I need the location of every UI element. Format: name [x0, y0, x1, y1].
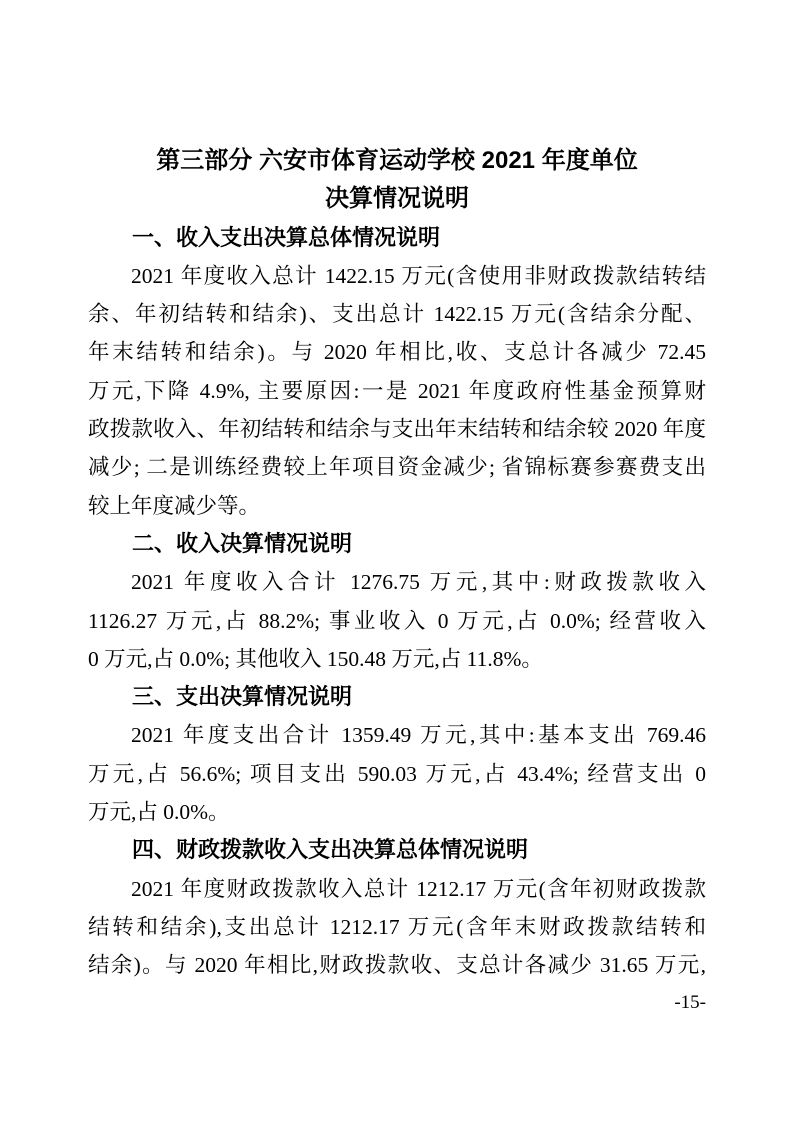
- section-4-line-1: 2021 年度财政拨款收入总计 1212.17 万元(含年初财政拨款: [88, 870, 706, 908]
- section-4-heading: 四、财政拨款收入支出决算总体情况说明: [88, 831, 706, 869]
- section-4-line-3: 结余)。与 2020 年相比,财政拨款收、支总计各减少 31.65 万元,: [88, 946, 706, 984]
- title-line-1: 第三部分 六安市体育运动学校 2021 年度单位: [88, 142, 706, 180]
- section-fiscal-appropriation-overview: 四、财政拨款收入支出决算总体情况说明 2021 年度财政拨款收入总计 1212.…: [88, 831, 706, 984]
- document-title: 第三部分 六安市体育运动学校 2021 年度单位 决算情况说明: [88, 142, 706, 219]
- section-1-line-1: 2021 年度收入总计 1422.15 万元(含使用非财政拨款结转结: [88, 257, 706, 295]
- section-3-heading: 三、支出决算情况说明: [88, 678, 706, 716]
- section-1-line-3: 年末结转和结余)。与 2020 年相比,收、支总计各减少 72.45: [88, 333, 706, 371]
- section-2-line-1: 2021 年度收入合计 1276.75 万元,其中:财政拨款收入: [88, 563, 706, 601]
- section-2-line-3: 0 万元,占 0.0%; 其他收入 150.48 万元,占 11.8%。: [88, 640, 706, 678]
- document-content: 第三部分 六安市体育运动学校 2021 年度单位 决算情况说明 一、收入支出决算…: [88, 142, 706, 985]
- section-expense-details: 三、支出决算情况说明 2021 年度支出合计 1359.49 万元,其中:基本支…: [88, 678, 706, 831]
- section-income-details: 二、收入决算情况说明 2021 年度收入合计 1276.75 万元,其中:财政拨…: [88, 525, 706, 678]
- page-number: -15-: [88, 992, 706, 1014]
- section-3-line-2: 万元,占 56.6%; 项目支出 590.03 万元,占 43.4%; 经营支出…: [88, 755, 706, 793]
- section-1-line-7: 较上年度减少等。: [88, 487, 706, 525]
- section-4-line-2: 结转和结余),支出总计 1212.17 万元(含年末财政拨款结转和: [88, 908, 706, 946]
- section-1-heading: 一、收入支出决算总体情况说明: [88, 219, 706, 257]
- section-1-line-4: 万元,下降 4.9%, 主要原因:一是 2021 年度政府性基金预算财: [88, 372, 706, 410]
- section-income-expense-overview: 一、收入支出决算总体情况说明 2021 年度收入总计 1422.15 万元(含使…: [88, 219, 706, 525]
- section-3-line-1: 2021 年度支出合计 1359.49 万元,其中:基本支出 769.46: [88, 716, 706, 754]
- section-3-line-3: 万元,占 0.0%。: [88, 793, 706, 831]
- section-2-line-2: 1126.27 万元,占 88.2%; 事业收入 0 万元,占 0.0%; 经营…: [88, 602, 706, 640]
- section-1-line-2: 余、年初结转和结余)、支出总计 1422.15 万元(含结余分配、: [88, 295, 706, 333]
- document-page: 第三部分 六安市体育运动学校 2021 年度单位 决算情况说明 一、收入支出决算…: [0, 0, 793, 1122]
- section-2-heading: 二、收入决算情况说明: [88, 525, 706, 563]
- section-1-line-6: 减少; 二是训练经费较上年项目资金减少; 省锦标赛参赛费支出: [88, 448, 706, 486]
- title-line-2: 决算情况说明: [88, 180, 706, 218]
- section-1-line-5: 政拨款收入、年初结转和结余与支出年末结转和结余较 2020 年度: [88, 410, 706, 448]
